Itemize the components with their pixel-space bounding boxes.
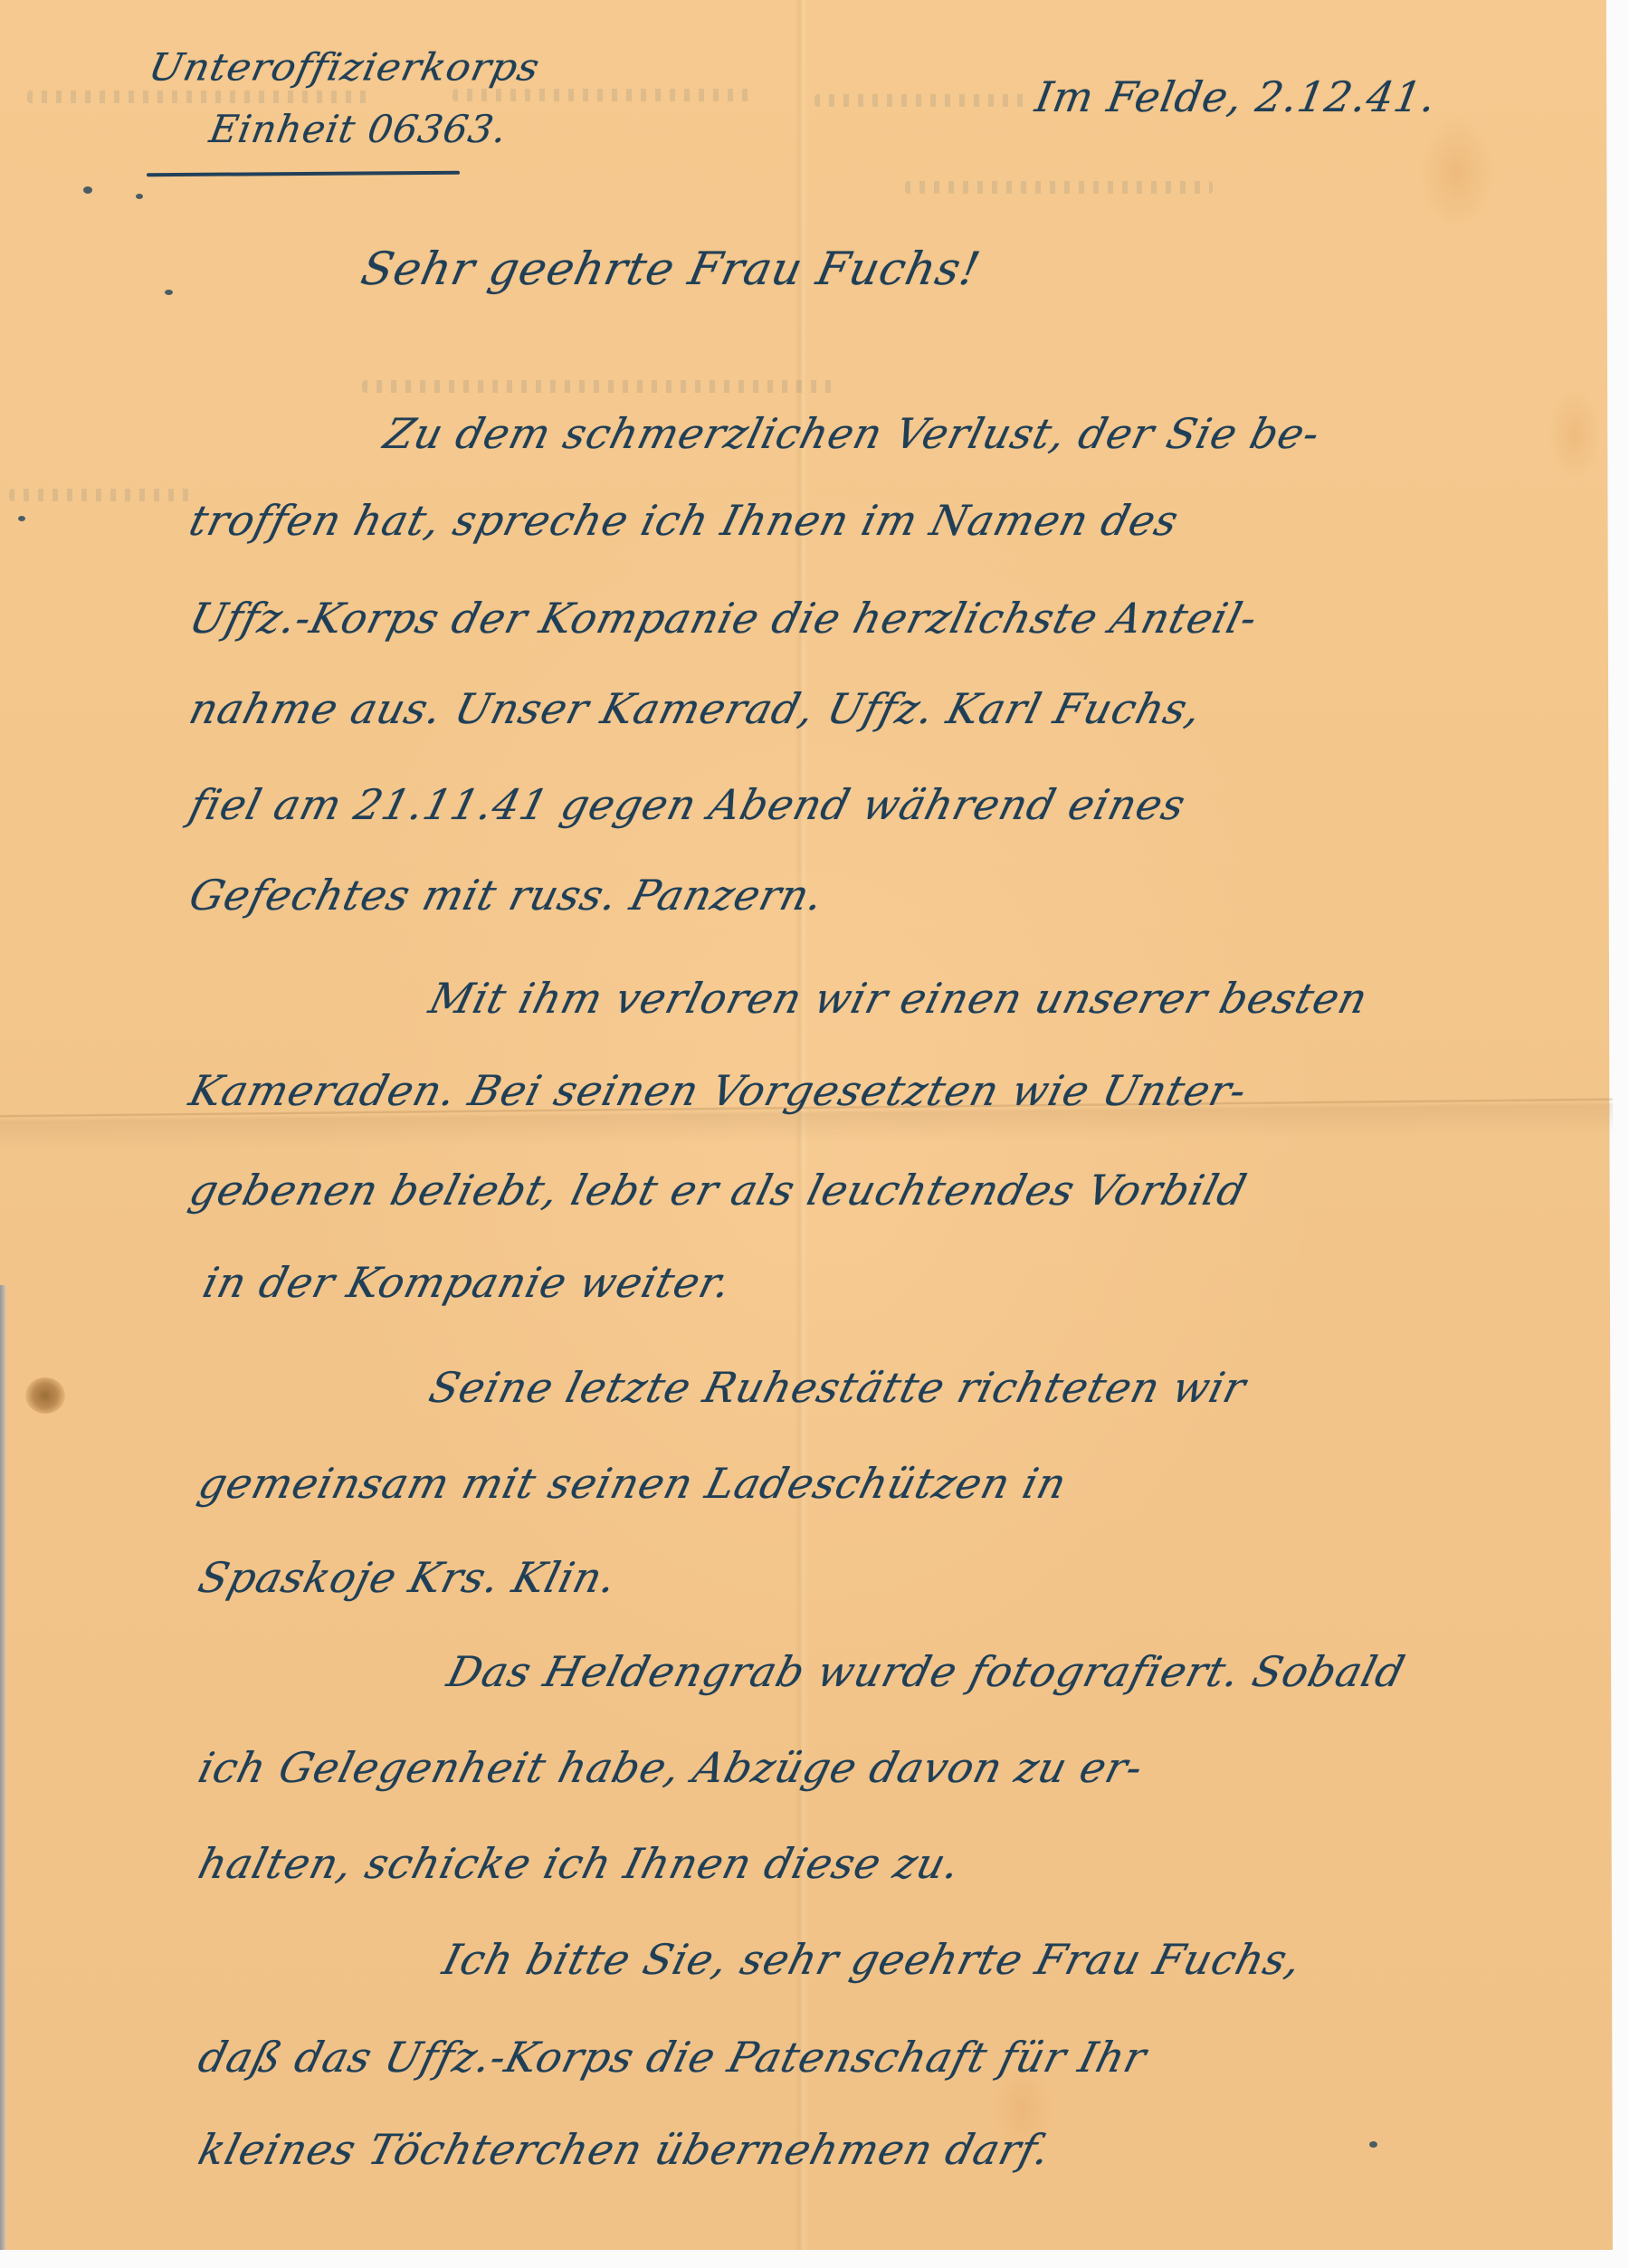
letter-line: Uffz.-Korps der Kompanie die herzlichste… bbox=[186, 597, 1262, 639]
bleed-through bbox=[905, 181, 1213, 194]
letter-line: gemeinsam mit seinen Ladeschützen in bbox=[195, 1463, 1071, 1504]
letter-line: gebenen beliebt, lebt er als leuchtendes… bbox=[186, 1169, 1251, 1211]
bleed-through bbox=[452, 89, 751, 101]
letter-line: troffen hat, spreche ich Ihnen im Namen … bbox=[186, 500, 1183, 541]
letter-line: halten, schicke ich Ihnen diese zu. bbox=[195, 1843, 965, 1884]
sender-unit-number: Einheit 06363. bbox=[206, 107, 510, 151]
stain-spot bbox=[25, 1377, 65, 1414]
letter-line: kleines Töchterchen übernehmen darf. bbox=[195, 2129, 1055, 2170]
scan-edge bbox=[0, 1285, 5, 2250]
letter-line: in der Kompanie weiter. bbox=[199, 1262, 736, 1303]
letter-line: Spaskoje Krs. Klin. bbox=[195, 1557, 621, 1598]
letter-line: Seine letzte Ruhestätte richteten wir bbox=[425, 1367, 1251, 1408]
salutation: Sehr geehrte Frau Fuchs! bbox=[357, 246, 985, 291]
letter-line: Gefechtes mit russ. Panzern. bbox=[186, 874, 828, 916]
ink-dot bbox=[1369, 2141, 1377, 2148]
dateline: Im Felde, 2.12.41. bbox=[1032, 72, 1440, 121]
ink-dot bbox=[83, 186, 92, 194]
letter-line: Ich bitte Sie, sehr geehrte Frau Fuchs, bbox=[439, 1939, 1306, 1980]
sender-unit: Unteroffizierkorps bbox=[145, 46, 544, 90]
ink-dot bbox=[165, 290, 173, 295]
letter-line: Das Heldengrab wurde fotografiert. Sobal… bbox=[443, 1651, 1409, 1692]
letter-line: Mit ihm verloren wir einen unserer beste… bbox=[425, 977, 1372, 1019]
letter-line: nahme aus. Unser Kamerad, Uffz. Karl Fuc… bbox=[186, 688, 1206, 729]
bleed-through bbox=[362, 380, 833, 393]
bleed-through bbox=[814, 94, 1032, 107]
bleed-through bbox=[27, 91, 371, 103]
letter-line: Zu dem schmerzlichen Verlust, der Sie be… bbox=[380, 413, 1324, 454]
letter-line: ich Gelegenheit habe, Abzüge davon zu er… bbox=[195, 1747, 1148, 1788]
letter-line: daß das Uffz.-Korps die Patenschaft für … bbox=[195, 2036, 1151, 2078]
letter-line: fiel am 21.11.41 gegen Abend während ein… bbox=[186, 784, 1190, 825]
letter-line: Kameraden. Bei seinen Vorgesetzten wie U… bbox=[186, 1070, 1251, 1111]
ink-dot bbox=[18, 516, 25, 521]
bleed-through bbox=[9, 489, 190, 501]
ink-dot bbox=[136, 194, 143, 199]
